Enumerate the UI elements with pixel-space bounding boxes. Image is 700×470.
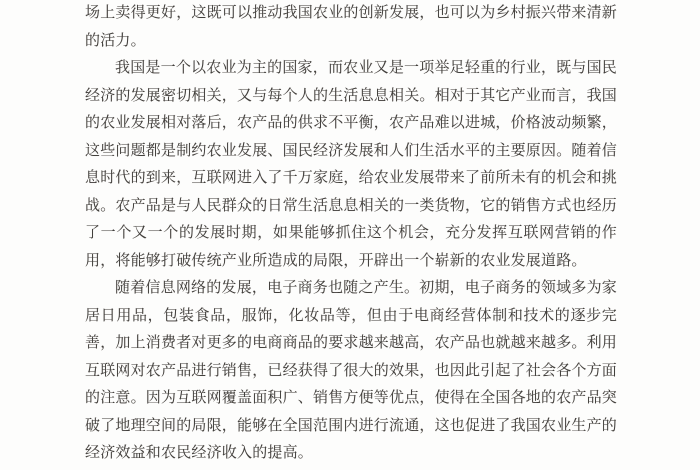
scanned-document-page: 场上卖得更好，这既可以推动我国农业的创新发展，也可以为乡村振兴带来清新的活力。 … bbox=[85, 0, 617, 468]
paragraph-ecommerce-development: 随着信息网络的发展，电子商务也随之产生。初期，电子商务的领域多为家居日用品，包装… bbox=[85, 275, 617, 468]
paragraph-agriculture-overview: 我国是一个以农业为主的国家，而农业又是一项举足轻重的行业，既与国民经济的发展密切… bbox=[85, 55, 617, 275]
paragraph-continuation: 场上卖得更好，这既可以推动我国农业的创新发展，也可以为乡村振兴带来清新的活力。 bbox=[85, 0, 617, 55]
